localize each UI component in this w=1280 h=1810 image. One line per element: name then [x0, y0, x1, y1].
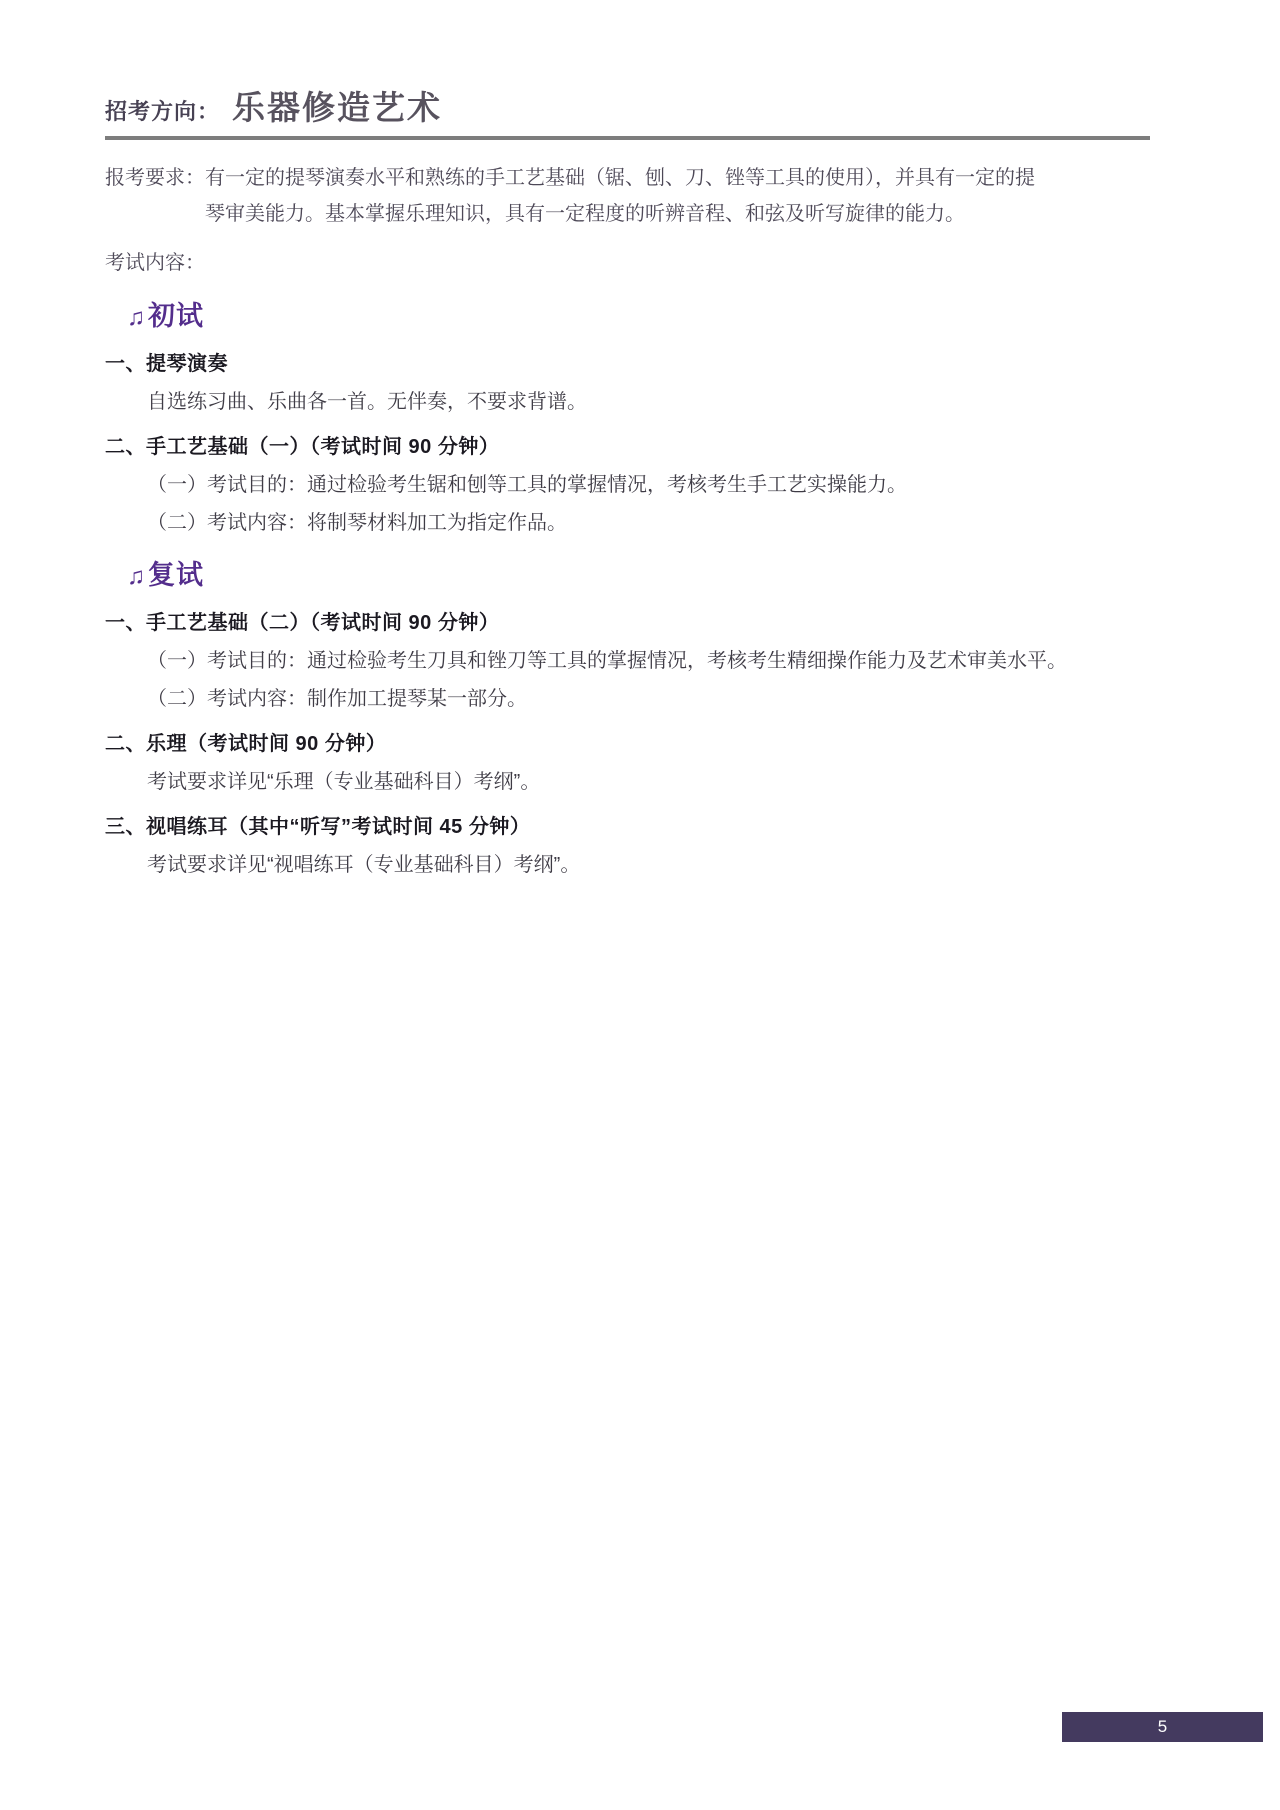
music-note-icon: ♫: [127, 304, 146, 332]
item-title: 一、提琴演奏: [105, 350, 1175, 378]
exam-content-label: 考试内容：: [105, 248, 1175, 278]
second-round-label: 复试: [148, 553, 204, 592]
item-line: （一）考试目的：通过检验考生锯和刨等工具的掌握情况，考核考生手工艺实操能力。: [147, 471, 1175, 499]
item-title: 三、视唱练耳（其中“听写”考试时间 45 分钟）: [105, 813, 1175, 841]
item-title: 二、手工艺基础（一）（考试时间 90 分钟）: [105, 433, 1175, 461]
item-title: 二、乐理（考试时间 90 分钟）: [105, 730, 1175, 758]
music-note-icon: ♫: [127, 563, 146, 591]
direction-label: 招考方向：: [105, 95, 220, 126]
item-line: （二）考试内容：制作加工提琴某一部分。: [147, 685, 1175, 713]
page-title: 乐器修造艺术: [232, 82, 442, 129]
section-second-round: ♫ 复试 一、手工艺基础（二）（考试时间 90 分钟） （一）考试目的：通过检验…: [105, 553, 1175, 879]
page-number: 5: [1158, 1717, 1167, 1737]
application-requirements: 报考要求： 有一定的提琴演奏水平和熟练的手工艺基础（锯、刨、刀、锉等工具的使用）…: [105, 160, 1175, 232]
first-round-label: 初试: [148, 294, 204, 333]
requirements-label: 报考要求：: [105, 160, 205, 232]
item-line: （一）考试目的：通过检验考生刀具和锉刀等工具的掌握情况，考核考生精细操作能力及艺…: [147, 647, 1175, 675]
document-page: 招考方向： 乐器修造艺术 报考要求： 有一定的提琴演奏水平和熟练的手工艺基础（锯…: [0, 0, 1280, 1810]
document-header: 招考方向： 乐器修造艺术: [105, 82, 1175, 140]
item-line: 考试要求详见“乐理（专业基础科目）考纲”。: [147, 768, 1175, 796]
section-first-round: ♫ 初试 一、提琴演奏 自选练习曲、乐曲各一首。无伴奏，不要求背谱。 二、手工艺…: [105, 294, 1175, 537]
second-round-heading: ♫ 复试: [127, 553, 1175, 592]
item-line: （二）考试内容：将制琴材料加工为指定作品。: [147, 509, 1175, 537]
item-line: 自选练习曲、乐曲各一首。无伴奏，不要求背谱。: [147, 388, 1175, 416]
title-underline: [105, 136, 1150, 140]
title-row: 招考方向： 乐器修造艺术: [105, 82, 1175, 129]
page-number-bar: 5: [1062, 1712, 1263, 1742]
item-title: 一、手工艺基础（二）（考试时间 90 分钟）: [105, 609, 1175, 637]
first-round-heading: ♫ 初试: [127, 294, 1175, 333]
requirements-text: 有一定的提琴演奏水平和熟练的手工艺基础（锯、刨、刀、锉等工具的使用），并具有一定…: [205, 160, 1035, 232]
item-line: 考试要求详见“视唱练耳（专业基础科目）考纲”。: [147, 851, 1175, 879]
document-content: 招考方向： 乐器修造艺术 报考要求： 有一定的提琴演奏水平和熟练的手工艺基础（锯…: [0, 0, 1280, 879]
